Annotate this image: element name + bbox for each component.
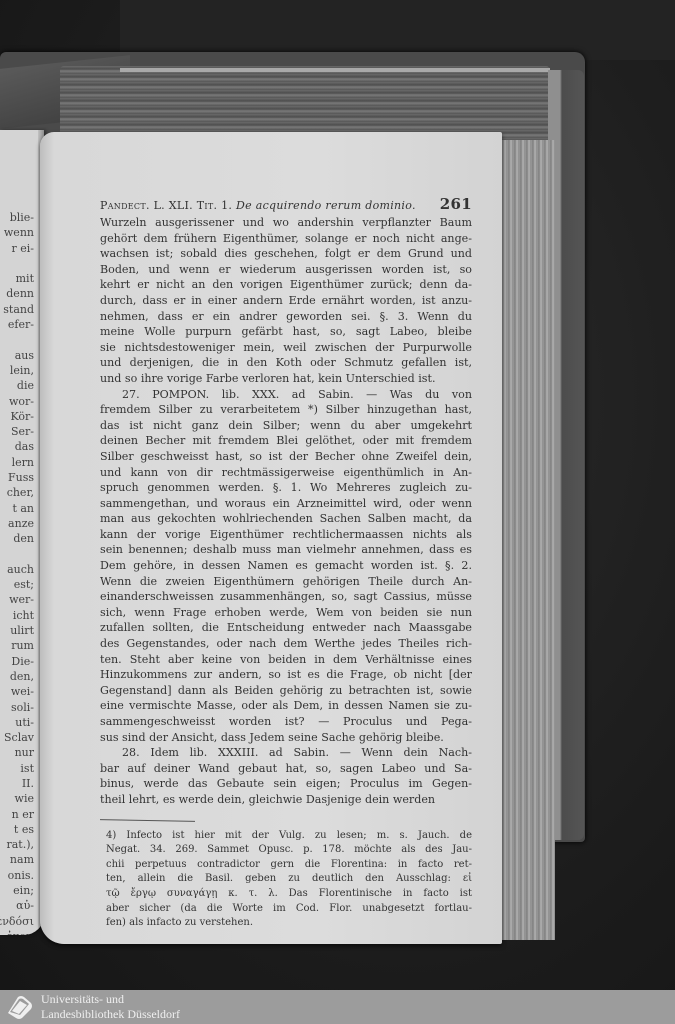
- body-line: und kann von dir rechtmässigerweise eige…: [100, 465, 472, 481]
- left-page-fragment: [0, 256, 34, 271]
- body-line: Wurzeln ausgerissener und wo andershin v…: [100, 215, 472, 231]
- left-page-fragment: stand: [0, 302, 34, 317]
- left-page-fragment: ἐνδόσι: [0, 914, 34, 929]
- footnote-line: Negat. 34. 269. Sammet Opusc. p. 178. mö…: [106, 843, 472, 858]
- body-line: deinen Becher mit fremdem Blei gelöthet,…: [100, 433, 472, 449]
- left-page-fragment: t an: [0, 501, 34, 516]
- body-line: und derjenigen, die in den Koth oder Sch…: [100, 355, 472, 371]
- footnote-line: chii perpetuus contradictor gern die Flo…: [106, 858, 472, 873]
- body-line: sein benennen; deshalb muss man vielmehr…: [100, 542, 472, 558]
- left-page-fragment: wei-: [0, 684, 34, 699]
- left-page-fragment: blie-: [0, 210, 34, 225]
- body-line: Gegenstand] dann als Beiden gehörig zu b…: [100, 683, 472, 699]
- left-page-fragment: est;: [0, 577, 34, 592]
- left-page-fragment: soli-: [0, 700, 34, 715]
- left-page-fragment: nur: [0, 745, 34, 760]
- body-line: kehrt er nicht an den vorigen Eigenthüme…: [100, 277, 472, 293]
- body-line: spruch genommen werden. §. 1. Wo Mehrere…: [100, 480, 472, 496]
- body-line: durch, dass er in einer andern Erde ernä…: [100, 293, 472, 309]
- left-page-fragment: Sclav: [0, 730, 34, 745]
- body-line: sus sind der Ansicht, dass Jedem seine S…: [100, 730, 472, 746]
- page-content: Pandect. L. XLI. Tit. 1. De acquirendo r…: [100, 195, 472, 931]
- institution-name[interactable]: Universitäts- und Landesbibliothek Düsse…: [41, 992, 180, 1021]
- footnote-line: 4) Infecto ist hier mit der Vulg. zu les…: [106, 829, 472, 844]
- left-page-fragment: anze: [0, 516, 34, 531]
- left-page-fragment: r ei-: [0, 241, 34, 256]
- institution-line-2: Landesbibliothek Düsseldorf: [41, 1007, 180, 1022]
- body-line: wachsen ist; sobald dies geschehen, folg…: [100, 246, 472, 262]
- body-line: meine Wolle purpurn gefärbt hast, so, sa…: [100, 324, 472, 340]
- left-page-fragment: die: [0, 378, 34, 393]
- body-text: Wurzeln ausgerissener und wo andershin v…: [100, 215, 472, 808]
- body-line: zufallen sollten, die Entscheidung entwe…: [100, 620, 472, 636]
- footnote-line: τῷ ἔργῳ συναγάγῃ κ. τ. λ. Das Florentini…: [106, 887, 472, 902]
- left-page-fragment: rum: [0, 638, 34, 653]
- left-page-fragment: icht: [0, 608, 34, 623]
- left-page-fragment: den,: [0, 669, 34, 684]
- body-line: Hinzukommens zur andern, so ist es die F…: [100, 667, 472, 683]
- left-page-fragment: mit: [0, 271, 34, 286]
- book-photograph: blie-wennr ei-mitdennstandefer-auslein,d…: [0, 0, 675, 990]
- background: [120, 0, 675, 60]
- body-line: bar auf deiner Wand gebaut hat, so, sage…: [100, 761, 472, 777]
- body-line: Dem gehöre, in dessen Namen es gemacht w…: [100, 558, 472, 574]
- body-line: 28. Idem lib. XXXIII. ad Sabin. — Wenn d…: [100, 745, 472, 761]
- running-head-left: Pandect. L. XLI. Tit. 1. De acquirendo r…: [100, 199, 416, 212]
- body-line: binus, werde das Gebaute sein eigen; Pro…: [100, 776, 472, 792]
- left-page-fragment: Ser-: [0, 424, 34, 439]
- body-line: sie nichtsdestoweniger mein, weil zwisch…: [100, 340, 472, 356]
- left-page-fragment: rat.),: [0, 837, 34, 852]
- body-line: fremdem Silber zu verarbeitetem *) Silbe…: [100, 402, 472, 418]
- right-page: Pandect. L. XLI. Tit. 1. De acquirendo r…: [40, 132, 502, 944]
- left-page-fragment: wer-: [0, 592, 34, 607]
- left-page-fragment: onis.: [0, 868, 34, 883]
- body-line: des Gegenstandes, oder nach dem Werthe j…: [100, 636, 472, 652]
- left-page-fragment: αὐ-: [0, 898, 34, 913]
- left-page-fragment: efer-: [0, 317, 34, 332]
- left-page-fragment: wie: [0, 791, 34, 806]
- left-page-fragment: den: [0, 531, 34, 546]
- institution-line-1: Universitäts- und: [41, 992, 180, 1007]
- body-line: kann der vorige Eigenthümer rechtlicherm…: [100, 527, 472, 543]
- left-page-fragment: uti-: [0, 715, 34, 730]
- left-page-fragment: lern: [0, 455, 34, 470]
- body-line: Silber geschweisst hast, so ist der Bech…: [100, 449, 472, 465]
- left-page-fragment: II.: [0, 776, 34, 791]
- body-line: Boden, und wenn er wiederum ausgerissen …: [100, 262, 472, 278]
- body-line: sich, wenn Frage erhoben werde, Wem von …: [100, 605, 472, 621]
- body-line: sammengethan, und woraus ein Arzneimitte…: [100, 496, 472, 512]
- left-page-fragment: ein;: [0, 883, 34, 898]
- left-page-text-fragments: blie-wennr ei-mitdennstandefer-auslein,d…: [0, 210, 34, 935]
- footer-bar: Universitäts- und Landesbibliothek Düsse…: [0, 990, 675, 1024]
- body-line: einanderschweissen zusammenhängen, so, s…: [100, 589, 472, 605]
- footnote: 4) Infecto ist hier mit der Vulg. zu les…: [100, 829, 472, 931]
- body-line: theil lehrt, es werde dein, gleichwie Da…: [100, 792, 472, 808]
- left-page-fragment: ulirt: [0, 623, 34, 638]
- left-page-fragment: [0, 547, 34, 562]
- left-page-fragment: Kör-: [0, 409, 34, 424]
- left-page-fragment: Fuss: [0, 470, 34, 485]
- left-page-fragment: wenn: [0, 225, 34, 240]
- body-line: man aus gekochten wohlriechenden Sachen …: [100, 511, 472, 527]
- body-line: und so ihre vorige Farbe verloren hat, k…: [100, 371, 472, 387]
- book-logo-icon[interactable]: [4, 993, 34, 1021]
- left-page-fragment: Die-: [0, 654, 34, 669]
- left-page-fragment: [0, 332, 34, 347]
- left-page-fragment: denn: [0, 286, 34, 301]
- left-page-fragment: t es: [0, 822, 34, 837]
- page-edge-highlight: [120, 68, 550, 72]
- left-page-fragment: auch: [0, 562, 34, 577]
- body-line: eine vermischte Masse, oder als Dem, in …: [100, 698, 472, 714]
- page-block-fore-edge: [495, 140, 555, 940]
- left-page-fragment: n er: [0, 807, 34, 822]
- left-page-fragment: aus: [0, 348, 34, 363]
- body-line: 27. POMPON. lib. XXX. ad Sabin. — Was du…: [100, 387, 472, 403]
- body-line: gehört dem frühern Eigenthümer, solange …: [100, 231, 472, 247]
- left-page-fragment: cher,: [0, 485, 34, 500]
- footnote-line: fen) als infacto zu verstehen.: [106, 916, 472, 931]
- running-head-citation: Pandect. L. XLI. Tit. 1.: [100, 199, 232, 212]
- footnote-line: ten, allein die Basil. geben zu deutlich…: [106, 872, 472, 887]
- left-page-fragment: nam: [0, 852, 34, 867]
- running-head: Pandect. L. XLI. Tit. 1. De acquirendo r…: [100, 195, 472, 215]
- left-page-fragment: wor-: [0, 394, 34, 409]
- running-head-title: De acquirendo rerum dominio.: [236, 199, 416, 212]
- footnote-divider: [100, 819, 195, 822]
- body-line: sammengeschweisst worden ist? — Proculus…: [100, 714, 472, 730]
- body-line: nehmen, dass er ein andrer geworden sei.…: [100, 309, 472, 325]
- page-number: 261: [440, 195, 472, 213]
- left-page-fragment: ἐκοι-: [0, 929, 34, 935]
- footnote-line: aber sicher (da die Worte im Cod. Flor. …: [106, 902, 472, 917]
- left-page-fragment: das: [0, 439, 34, 454]
- body-line: Wenn die zweien Eigenthümern gehörigen T…: [100, 574, 472, 590]
- left-page-fragment: lein,: [0, 363, 34, 378]
- body-line: das ist nicht ganz dein Silber; wenn du …: [100, 418, 472, 434]
- body-line: ten. Steht aber keine von beiden in dem …: [100, 652, 472, 668]
- left-page: blie-wennr ei-mitdennstandefer-auslein,d…: [0, 130, 44, 935]
- left-page-fragment: ist: [0, 761, 34, 776]
